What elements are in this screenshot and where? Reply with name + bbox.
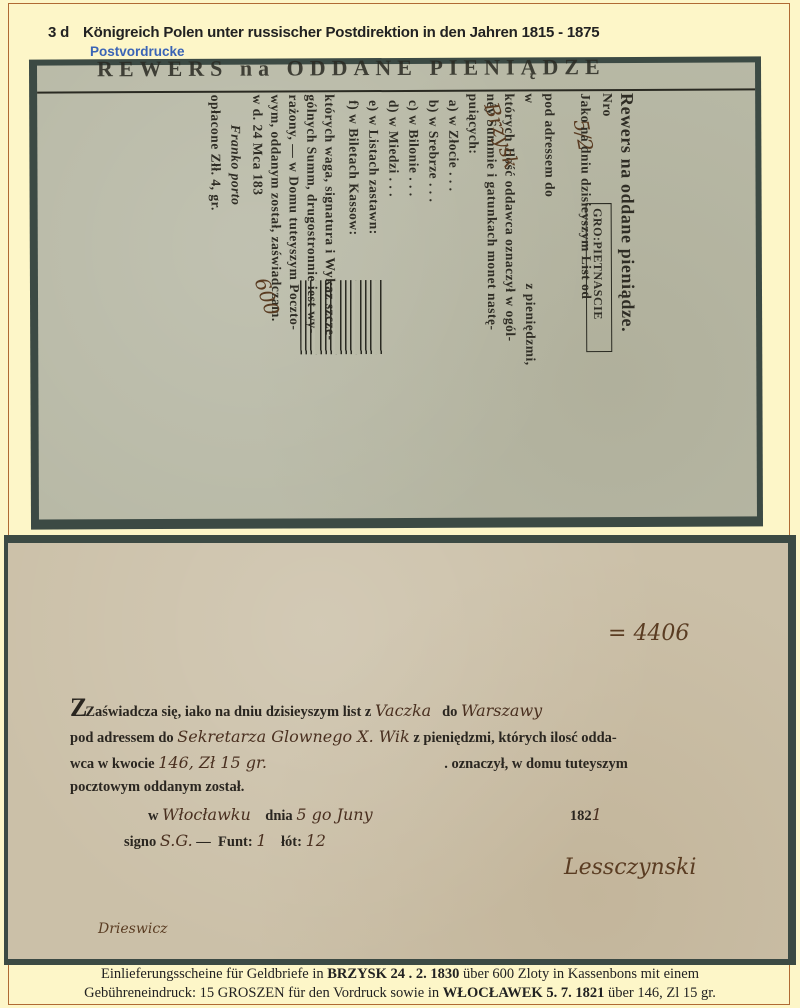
document-paper: = 4406 ZZaświadcza się, iako na dniu dzi… bbox=[8, 543, 788, 959]
caption: Einlieferungsscheine für Geldbriefe in B… bbox=[0, 965, 800, 1003]
printed-text: Funt: bbox=[218, 834, 253, 850]
handwritten-place: Włocławku bbox=[162, 805, 251, 824]
printed-text: wca w kwocie bbox=[70, 756, 155, 772]
printed-text: w bbox=[148, 808, 158, 824]
currency-item: d) w Miedzi . . . bbox=[385, 100, 401, 197]
closing-line: rażony, — w Domu tuteyszym Poczto- bbox=[285, 94, 302, 330]
closing-line: w d. 24 Mca 183 bbox=[249, 95, 265, 196]
caption-text: über 600 Zloty in Kassenbons mit einem bbox=[463, 966, 699, 982]
form-line: Jako na dniu dzisieyszym List od bbox=[577, 93, 594, 299]
document-title: Rewers na oddane pieniądze. bbox=[616, 93, 638, 332]
printed-text: z pieniędzmi, których ilosć odda- bbox=[413, 730, 616, 746]
money-receipt-wloclawek: = 4406 ZZaświadcza się, iako na dniu dzi… bbox=[4, 535, 796, 965]
handwritten-funt: 1 bbox=[256, 831, 266, 850]
form-line: w bbox=[521, 93, 537, 103]
caption-line-1: Einlieferungsscheine für Geldbriefe in B… bbox=[0, 965, 800, 984]
printed-text: łót: bbox=[281, 834, 302, 850]
caption-text: Gebühreneindruck: 15 GROSZEN für den Vor… bbox=[84, 985, 439, 1001]
currency-item: c) w Bilonie . . . bbox=[405, 100, 421, 197]
caption-place-date: WŁOCŁAWEK 5. 7. 1821 bbox=[443, 985, 605, 1001]
section-number: 3 d bbox=[48, 24, 69, 41]
printed-text: . oznaczył, w domu tuteyszym bbox=[444, 756, 628, 772]
printed-text: dnia bbox=[265, 808, 292, 824]
handwritten-destination: Warszawy bbox=[461, 701, 542, 720]
double-dash: = bbox=[608, 621, 633, 646]
currency-item: e) w Listach zastawn: bbox=[365, 100, 382, 235]
handwritten-lot: 12 bbox=[306, 831, 326, 850]
form-line-4: pocztowym oddanym został. bbox=[70, 779, 244, 796]
handwritten-origin: Vaczka bbox=[375, 701, 431, 720]
printed-text: do bbox=[442, 704, 457, 720]
caption-text: über 146, Zl 15 gr. bbox=[608, 985, 716, 1001]
printed-text: pod adressem do bbox=[70, 730, 174, 746]
handwritten-amount: 146, Zł 15 gr. bbox=[158, 753, 267, 772]
caption-line-2: Gebühreneindruck: 15 GROSZEN für den Vor… bbox=[0, 984, 800, 1003]
note-bottom-left: Drieswicz bbox=[98, 921, 168, 937]
header-rule bbox=[37, 88, 755, 93]
page-title: 3 d Königreich Polen unter russischer Po… bbox=[48, 24, 599, 41]
caption-text: Einlieferungsscheine für Geldbriefe in bbox=[101, 966, 324, 982]
printed-text: Zaświadcza się, iako na dniu dzisieyszym… bbox=[85, 704, 371, 720]
caption-place-date: BRZYSK 24 . 2. 1830 bbox=[327, 966, 459, 982]
handwritten-addressee: Sekretarza Glownego X. Wik bbox=[177, 727, 409, 746]
registration-number: = 4406 bbox=[608, 621, 689, 646]
printed-year: 182 bbox=[570, 808, 592, 824]
closing-line: których waga, signatura i Wykaz szcze- bbox=[321, 94, 338, 340]
form-line-6: signo S.G. — Funt: 1 łót: 12 bbox=[124, 831, 326, 851]
porto-paid: opłacone Złł. 4, gr. bbox=[207, 95, 224, 211]
postmaster-signature: Lessczynski bbox=[564, 855, 696, 880]
form-line-5: w Włocławku dnia 5 go Juny 1821 bbox=[148, 805, 602, 825]
number-label: Nro bbox=[599, 93, 615, 117]
printed-text: signo bbox=[124, 834, 156, 850]
document-paper: REWERS na ODDANE PIENIĄDZE Rewers na odd… bbox=[37, 62, 757, 519]
form-line-1: ZZaświadcza się, iako na dniu dzisieyszy… bbox=[70, 693, 542, 723]
currency-item: a) w Złocie . . . bbox=[445, 100, 461, 192]
handwritten-signo: S.G. bbox=[160, 831, 193, 850]
title-text: Königreich Polen unter russischer Postdi… bbox=[83, 24, 599, 41]
money-receipt-brzysk: REWERS na ODDANE PIENIĄDZE Rewers na odd… bbox=[29, 56, 763, 529]
form-line: puiących: bbox=[465, 94, 481, 155]
closing-line: gólnych Summ, drugostronnie iest wy- bbox=[303, 94, 320, 333]
handwritten-date: 5 go Juny bbox=[296, 805, 372, 824]
form-line: z pieniędzmi, bbox=[522, 283, 538, 365]
form-line: pod adressem do bbox=[541, 93, 557, 197]
document-header-partial: REWERS na ODDANE PIENIĄDZE bbox=[97, 54, 606, 82]
form-line-2: pod adressem do Sekretarza Glownego X. W… bbox=[70, 727, 617, 747]
handwritten-year: 1 bbox=[592, 805, 602, 824]
currency-item: b) w Srebrze . . . bbox=[425, 100, 441, 203]
currency-item: f) w Biletach Kassow: bbox=[345, 100, 362, 235]
registration-number-value: 4406 bbox=[633, 621, 689, 646]
franko-porto: Franko porto bbox=[227, 125, 243, 206]
form-line-3: wca w kwocie 146, Zł 15 gr. . oznaczył, … bbox=[70, 753, 628, 773]
